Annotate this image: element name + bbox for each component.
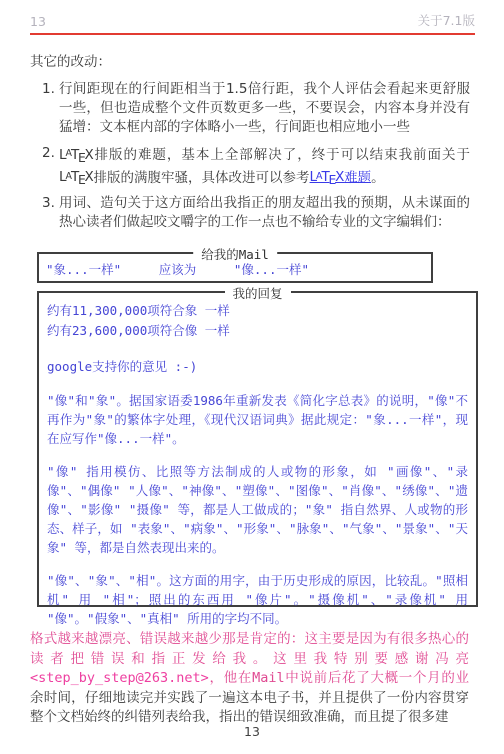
list-item-number: 2. <box>42 144 59 189</box>
email-address[interactable]: <step_by_step@263.net> <box>30 670 209 686</box>
footer-page-number: 13 <box>244 724 260 739</box>
list-item-text: LATEX排版的难题，基本上全部解决了，终于可以结束我前面关于LATEX排版的满… <box>59 144 470 189</box>
reply-box-title: 我的回复 <box>224 284 290 302</box>
list-item-1: 1. 行间距现在的行间距相当于1.5倍行距，我个人评估会看起来更舒服一些，但也造… <box>42 80 470 137</box>
highlighted-text: Mail <box>252 670 285 686</box>
page-header: 13 关于7.1版 <box>30 11 475 35</box>
list-item-3: 3. 用词、造句关于这方面给出我指正的朋友超出我的预期，从未谋面的热心读者们做起… <box>42 194 470 232</box>
page-footer: 13 <box>0 724 504 739</box>
reply-paragraph-1: "像"和"象"。据国家语委1986年重新发表《简化字总表》的说明，"像"不再作为… <box>47 391 468 448</box>
text-run: 排版的难题，基本上全部解决了，终于可以结束我前面关于 <box>94 147 470 163</box>
mail-box: 给我的Mail "象...一样" 应该为 "像...一样" <box>37 252 433 283</box>
text-run: 用词、造句关于这方面给出我指正的朋友超出我的预期，从未谋面的热心读者们做起咬文嚼… <box>59 195 470 230</box>
latex-logo: LATEX <box>59 169 94 185</box>
intro-text: 其它的改动： <box>30 50 111 70</box>
text-run: 。 <box>371 169 385 185</box>
list-item-number: 3. <box>42 194 59 232</box>
header-chapter-title: 关于7.1版 <box>418 11 475 29</box>
text-run: 余时间，仔细地读完并实践了一遍这本电子书，并且提供了一份内容贯穿整个文档始终的纠… <box>30 690 469 726</box>
latex-trouble-link[interactable]: 难题 <box>344 169 371 185</box>
latex-logo: LATEX <box>59 147 94 163</box>
reply-box: 我的回复 约有11,300,000项符合象 一样 约有23,600,000项符合… <box>37 291 478 607</box>
reply-paragraph-2: "像" 指用模仿、比照等方法制成的人或物的形象，如 "画像"、"录像"、"偶像"… <box>47 462 468 557</box>
search-result-line-2: 约有23,600,000项符合像 一样 <box>47 321 468 341</box>
closing-paragraph: 格式越来越漂亮、错误越来越少那是肯定的：这主要是因为有很多热心的读者把错误和指正… <box>30 630 469 728</box>
highlighted-text: ，他在 <box>209 670 252 686</box>
reply-paragraph-3: "像"、"象"、"相"。这方面的用字，由于历史形成的原因，比较乱。"照相机" 用… <box>47 571 468 628</box>
highlighted-text: 格式越来越漂亮、错误越来越少那是肯定的：这主要是因为有很多热心的读者把错误和指正… <box>30 631 469 667</box>
text-run: 行间距现在的行间距相当于1.5倍行距，我个人评估会看起来更舒服一些，但也造成整个… <box>59 81 470 135</box>
search-result-line-1: 约有11,300,000项符合象 一样 <box>47 301 468 321</box>
text-run: 排版的满腹牢骚，具体改进可以参考 <box>94 169 310 185</box>
google-comment-line: google支持你的意见 :-) <box>47 357 468 377</box>
list-item-number: 1. <box>42 80 59 137</box>
list-item-text: 行间距现在的行间距相当于1.5倍行距，我个人评估会看起来更舒服一些，但也造成整个… <box>59 80 470 137</box>
mail-box-title: 给我的Mail <box>193 245 277 263</box>
list-item-2: 2. LATEX排版的难题，基本上全部解决了，终于可以结束我前面关于LATEX排… <box>42 144 470 189</box>
highlighted-text: 中说前后花了大概一个月的业 <box>285 670 469 686</box>
latex-trouble-link[interactable]: LATEX <box>310 169 345 185</box>
header-page-number: 13 <box>30 14 46 29</box>
list-item-text: 用词、造句关于这方面给出我指正的朋友超出我的预期，从未谋面的热心读者们做起咬文嚼… <box>59 194 470 232</box>
